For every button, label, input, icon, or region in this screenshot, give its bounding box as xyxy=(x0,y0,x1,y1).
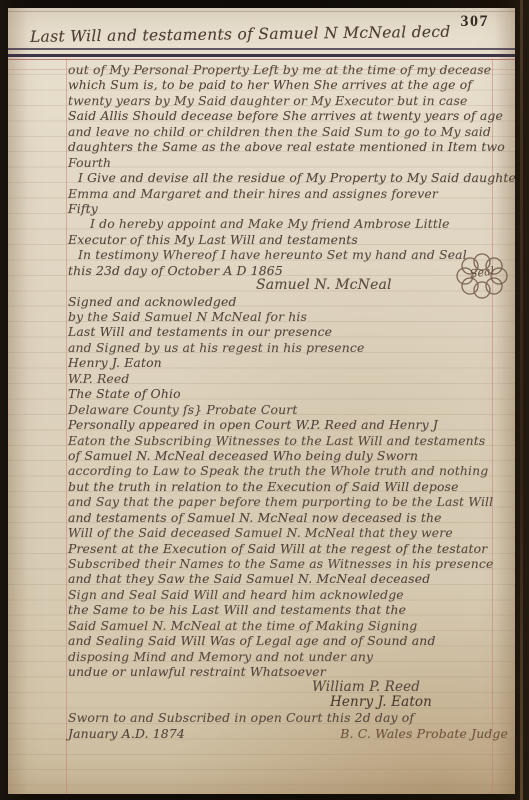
document-line: Said Allis Should decease before She arr… xyxy=(68,108,508,123)
document-line-text: and Sealing Said Will Was of Legal age a… xyxy=(68,633,436,648)
document-line-text: Signed and acknowledged xyxy=(68,294,237,309)
document-line-text: William P. Reed xyxy=(312,679,420,695)
document-line-text: Henry J. Eaton xyxy=(68,355,162,370)
document-line: Subscribed their Names to the Same as Wi… xyxy=(68,556,508,571)
document-line: I do hereby appoint and Make My friend A… xyxy=(68,216,508,231)
document-line: undue or unlawful restraint Whatsoever xyxy=(68,664,508,679)
document-line: Last Will and testaments in our presence xyxy=(68,324,508,339)
document-line-text: according to Law to Speak the truth the … xyxy=(68,463,488,478)
document-line-text: Sworn to and Subscribed in open Court th… xyxy=(68,710,414,725)
document-line: Signed and acknowledged xyxy=(68,294,508,309)
document-line-text: disposing Mind and Memory and not under … xyxy=(68,649,373,664)
document-line: The State of Ohio xyxy=(68,386,508,401)
document-line-text: this 23d day of October A D 1865 xyxy=(68,263,283,278)
document-line-text: I do hereby appoint and Make My friend A… xyxy=(90,216,450,231)
document-line-text: daughters the Same as the above real est… xyxy=(68,139,505,154)
document-line: and that they Saw the Said Samuel N. McN… xyxy=(68,571,508,586)
document-line-text: Last Will and testaments in our presence xyxy=(68,324,332,339)
document-line-text: Subscribed their Names to the Same as Wi… xyxy=(68,556,493,571)
document-line: and Signed by us at his regest in his pr… xyxy=(68,340,508,355)
record-header-title: Last Will and testaments of Samuel N McN… xyxy=(30,22,500,46)
document-line: I Give and devise all the residue of My … xyxy=(68,170,508,185)
document-line-text: Said Samuel N. McNeal at the time of Mak… xyxy=(68,618,417,633)
document-line-text: and leave no child or children then the … xyxy=(68,124,491,139)
header-rule-line-red xyxy=(8,59,515,60)
header-rule-line xyxy=(8,48,515,50)
document-line: Fourth xyxy=(68,155,508,170)
document-line: of Samuel N. McNeal deceased Who being d… xyxy=(68,448,508,463)
document-line: Personally appeared in open Court W.P. R… xyxy=(68,417,508,432)
document-line: Henry J. Eaton xyxy=(68,355,508,370)
ledger-page: 307 Last Will and testaments of Samuel N… xyxy=(8,8,515,794)
document-line: Samuel N. McNeal xyxy=(68,278,508,293)
document-line-text: Emma and Margaret and their hires and as… xyxy=(68,186,438,201)
document-line: Executor of this My Last Will and testam… xyxy=(68,232,508,247)
document-line-text: and testaments of Samuel N. McNeal now d… xyxy=(68,510,442,525)
document-line-text: and that they Saw the Said Samuel N. McN… xyxy=(68,571,430,586)
header-rule-line xyxy=(8,54,515,57)
document-line: William P. Reed xyxy=(68,680,508,695)
document-line-text: Will of the Said deceased Samuel N. McNe… xyxy=(68,525,453,540)
document-line-text: by the Said Samuel N McNeal for his xyxy=(68,309,307,324)
document-line: according to Law to Speak the truth the … xyxy=(68,463,508,478)
document-line-right-text: B. C. Wales Probate Judge xyxy=(340,726,508,741)
document-line-text: twenty years by My Said daughter or My E… xyxy=(68,93,467,108)
document-line: Henry J. Eaton xyxy=(68,695,508,710)
document-line-text: W.P. Reed xyxy=(68,371,130,386)
document-line: out of My Personal Property Left by me a… xyxy=(68,62,508,77)
document-line: Delaware County ſs} Probate Court xyxy=(68,402,508,417)
document-line-text: and Say that the paper before them purpo… xyxy=(68,494,493,509)
document-line-text: Eaton the Subscribing Witnesses to the L… xyxy=(68,433,485,448)
document-line: Sign and Seal Said Will and heard him ac… xyxy=(68,587,508,602)
document-line-text: January A.D. 1874 xyxy=(68,726,185,741)
document-line: Said Samuel N. McNeal at the time of Mak… xyxy=(68,618,508,633)
top-rule-line xyxy=(8,11,515,12)
document-line: and leave no child or children then the … xyxy=(68,124,508,139)
document-line-text: and Signed by us at his regest in his pr… xyxy=(68,340,364,355)
document-line-text: out of My Personal Property Left by me a… xyxy=(68,62,491,77)
document-line-text: but the truth in relation to the Executi… xyxy=(68,479,459,494)
book-background: 307 Last Will and testaments of Samuel N… xyxy=(0,0,529,800)
document-line: which Sum is, to be paid to her When She… xyxy=(68,77,508,92)
document-line: and Say that the paper before them purpo… xyxy=(68,494,508,509)
document-line-text: Henry J. Eaton xyxy=(330,694,432,710)
document-line: by the Said Samuel N McNeal for his xyxy=(68,309,508,324)
document-line-text: which Sum is, to be paid to her When She… xyxy=(68,77,472,92)
document-line: Emma and Margaret and their hires and as… xyxy=(68,186,508,201)
document-line: twenty years by My Said daughter or My E… xyxy=(68,93,508,108)
document-line-text: the Same to be his Last Will and testame… xyxy=(68,602,406,617)
document-line: Will of the Said deceased Samuel N. McNe… xyxy=(68,525,508,540)
document-line-text: Samuel N. McNeal xyxy=(256,277,392,293)
document-line-text: Fourth xyxy=(68,155,111,170)
document-line: and Sealing Said Will Was of Legal age a… xyxy=(68,633,508,648)
document-line-text: of Samuel N. McNeal deceased Who being d… xyxy=(68,448,418,463)
document-line: W.P. Reed xyxy=(68,371,508,386)
document-line-text: Sign and Seal Said Will and heard him ac… xyxy=(68,587,404,602)
document-line-text: Delaware County ſs} Probate Court xyxy=(68,402,297,417)
document-line: but the truth in relation to the Executi… xyxy=(68,479,508,494)
document-line: and testaments of Samuel N. McNeal now d… xyxy=(68,510,508,525)
document-line: In testimony Whereof I have hereunto Set… xyxy=(68,247,508,262)
document-line-text: In testimony Whereof I have hereunto Set… xyxy=(78,247,467,262)
document-line-text: Personally appeared in open Court W.P. R… xyxy=(68,417,438,432)
document-line-text: Executor of this My Last Will and testam… xyxy=(68,232,358,247)
document-line-text: The State of Ohio xyxy=(68,386,181,401)
document-line-text: undue or unlawful restraint Whatsoever xyxy=(68,664,326,679)
document-line: the Same to be his Last Will and testame… xyxy=(68,602,508,617)
document-line: Sworn to and Subscribed in open Court th… xyxy=(68,710,508,725)
document-line: daughters the Same as the above real est… xyxy=(68,139,508,154)
document-line: disposing Mind and Memory and not under … xyxy=(68,649,508,664)
document-line: this 23d day of October A D 1865 xyxy=(68,263,508,278)
document-line: Present at the Execution of Said Will at… xyxy=(68,541,508,556)
document-line: B. C. Wales Probate JudgeJanuary A.D. 18… xyxy=(68,726,508,741)
margin-rule-left xyxy=(66,58,67,794)
document-line-text: I Give and devise all the residue of My … xyxy=(78,170,515,185)
document-line: Fifty xyxy=(68,201,508,216)
document-line-text: Present at the Execution of Said Will at… xyxy=(68,541,487,556)
handwritten-text-block: out of My Personal Property Left by me a… xyxy=(68,62,508,741)
document-line-text: Fifty xyxy=(68,201,98,216)
document-line-text: Said Allis Should decease before She arr… xyxy=(68,108,503,123)
document-line: Eaton the Subscribing Witnesses to the L… xyxy=(68,433,508,448)
